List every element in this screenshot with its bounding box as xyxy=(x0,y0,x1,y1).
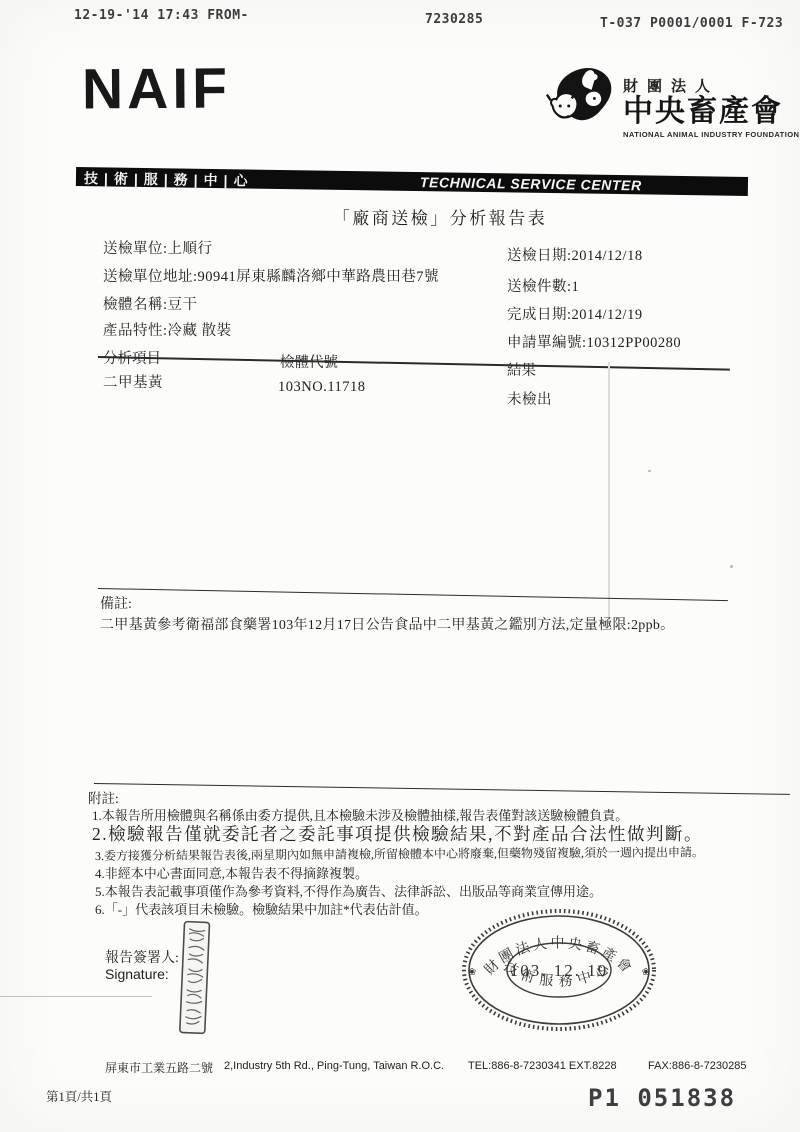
field-sample-count: 送檢件數:1 xyxy=(507,275,579,296)
cell-sample-code: 103NO.11718 xyxy=(278,379,366,396)
field-complete-date: 完成日期:2014/12/19 xyxy=(507,303,643,324)
scan-fold-horizontal-line xyxy=(0,996,152,997)
footer-telephone: TEL:886-8-7230341 EXT.8228 xyxy=(468,1060,617,1072)
signer-label-chinese: 報告簽署人: xyxy=(105,947,179,967)
signer-seal-stamp xyxy=(176,919,213,1041)
report-title: 「廠商送檢」分析報告表 xyxy=(240,204,640,229)
foundation-prefix: 財團法人 xyxy=(623,75,799,96)
certification-stamp: 財團法人中央畜產會 技術服務中心 103. 12. 19 ❀ ❀ xyxy=(458,906,660,1039)
scanned-report-page: 12-19-'14 17:43 FROM- 7230285 T-037 P000… xyxy=(0,0,800,1132)
field-product-property: 產品特性:冷藏 散裝 xyxy=(103,319,232,340)
remark-text: 二甲基黃參考衛福部食藥署103年12月17日公告食品中二甲基黃之鑑別方法,定量極… xyxy=(100,614,675,634)
table-header-rule xyxy=(98,356,730,371)
scan-speck xyxy=(730,565,733,568)
signer-label-english: Signature: xyxy=(105,966,169,982)
document-number: P1 051838 xyxy=(588,1084,736,1112)
remark-title: 備註: xyxy=(100,593,132,613)
remark-rule xyxy=(98,588,728,601)
footnote-5: 5.本報告表記載事項僅作為參考資料,不得作為廣告、法律訴訟、出版品等商業宣傳用途… xyxy=(95,881,602,900)
page-number: 第1頁/共1頁 xyxy=(46,1087,112,1105)
stamp-date: 103. 12. 19 xyxy=(510,961,609,980)
scan-speck xyxy=(648,470,651,472)
naif-logo: NAIF xyxy=(82,55,231,122)
field-unit-address: 送檢單位地址:90941屏東縣麟洛鄉中華路農田巷7號 xyxy=(103,265,439,286)
fax-number: 7230285 xyxy=(425,12,483,27)
footnote-3: 3.委方接獲分析結果報告表後,兩星期內如無申請複檢,所留檢體本中心將廢棄,但藥物… xyxy=(95,843,704,864)
stamp-flower-left-icon: ❀ xyxy=(468,967,476,978)
footnote-4: 4.非經本中心書面同意,本報告表不得摘錄複製。 xyxy=(95,863,368,882)
footer-address-chinese: 屏東市工業五路二號 xyxy=(105,1059,213,1076)
animal-heads-icon xyxy=(545,66,621,151)
technical-service-center-banner: 技|術|服|務|中|心 TECHNICAL SERVICE CENTER xyxy=(76,167,748,196)
column-header-result: 結果 xyxy=(507,359,536,380)
banner-english-label: TECHNICAL SERVICE CENTER xyxy=(420,174,642,193)
footnote-6: 6.「-」代表該項目未檢驗。檢驗結果中加註*代表估計值。 xyxy=(95,899,428,918)
footer-fax: FAX:886-8-7230285 xyxy=(648,1060,746,1072)
footnotes-rule xyxy=(94,783,790,795)
foundation-logo: 財團法人 中央畜產會 NATIONAL ANIMAL INDUSTRY FOUN… xyxy=(545,66,799,151)
cell-result: 未檢出 xyxy=(507,388,552,409)
field-application-number: 申請單編號:10312PP00280 xyxy=(507,331,681,352)
scan-fold-vertical-line xyxy=(608,362,610,624)
field-submit-date: 送檢日期:2014/12/18 xyxy=(507,244,643,265)
footnote-2: 2.檢驗報告僅就委託者之委託事項提供檢驗結果,不對產品合法性做判斷。 xyxy=(92,821,703,846)
field-sample-name: 檢體名稱:豆干 xyxy=(103,293,198,314)
foundation-name: 中央畜產會 xyxy=(623,96,799,128)
footer-address-english: 2,Industry 5th Rd., Ping-Tung, Taiwan R.… xyxy=(224,1060,444,1072)
field-submitting-unit: 送檢單位:上順行 xyxy=(103,237,213,258)
cell-analysis-item: 二甲基黃 xyxy=(103,371,163,392)
stamp-flower-right-icon: ❀ xyxy=(642,967,650,978)
footnotes-title: 附註: xyxy=(88,787,119,807)
foundation-english-name: NATIONAL ANIMAL INDUSTRY FOUNDATION xyxy=(623,130,799,139)
fax-page-code: T-037 P0001/0001 F-723 xyxy=(600,16,783,31)
fax-timestamp: 12-19-'14 17:43 FROM- xyxy=(74,8,249,23)
banner-chinese-label: 技|術|服|務|中|心 xyxy=(84,168,254,191)
